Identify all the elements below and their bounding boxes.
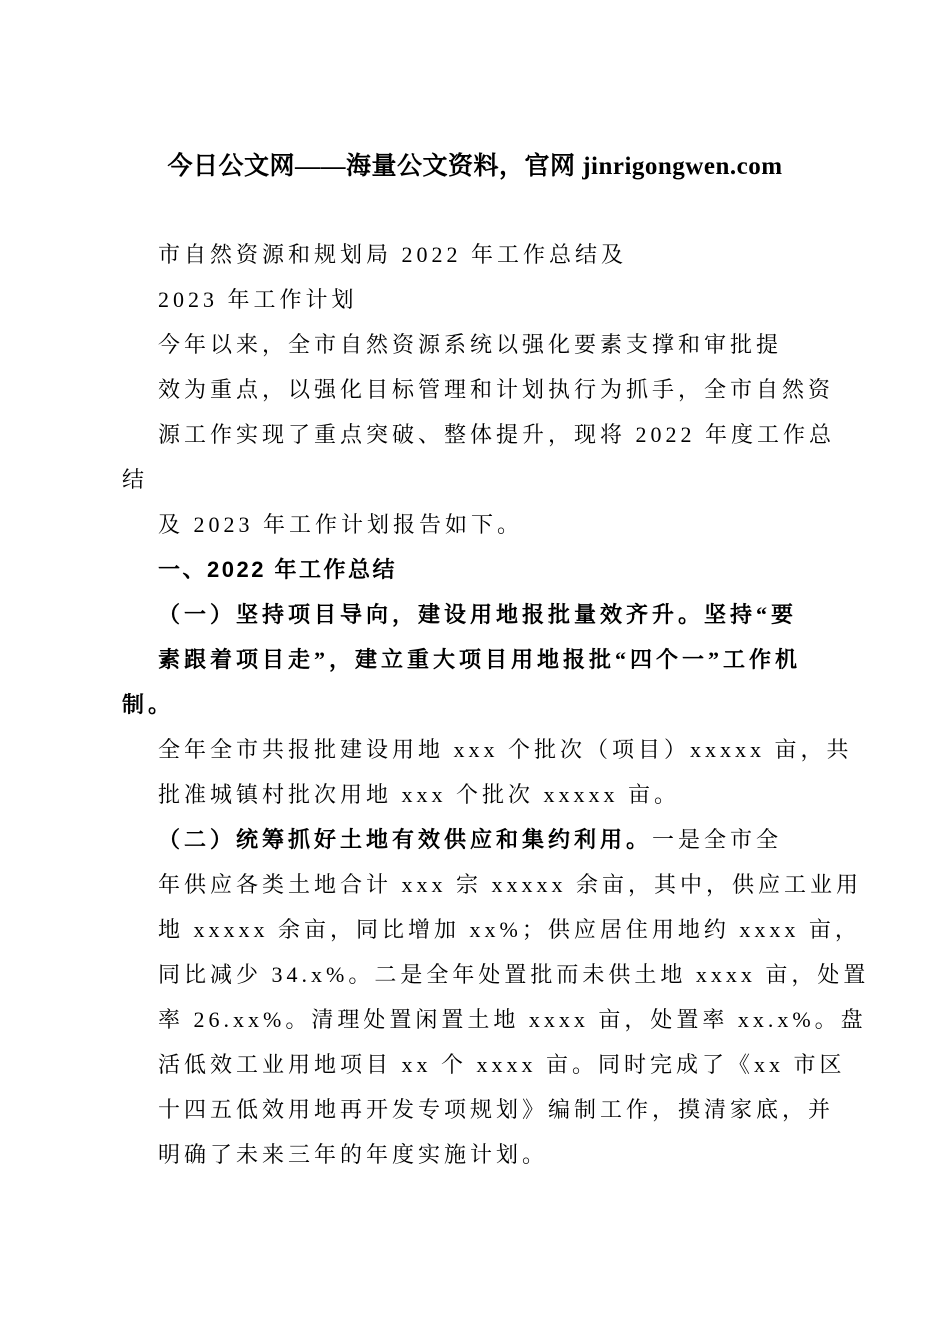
text-line: （二）统筹抓好土地有效供应和集约利用。一是全市全 [122, 817, 862, 862]
text-segment: 源工作实现了重点突破、整体提升，现将 2022 年度工作总 [158, 422, 835, 447]
text-line: 十四五低效用地再开发专项规划》编制工作，摸清家底，并 [122, 1087, 862, 1132]
text-segment: 素跟着项目走”，建立重大项目用地报批“四个一”工作机 [158, 647, 801, 672]
text-line: 2023 年工作计划 [122, 277, 862, 322]
text-line: 率 26.xx%。清理处置闲置土地 xxxx 亩，处置率 xx.x%。盘 [122, 997, 862, 1042]
document-body: 市自然资源和规划局 2022 年工作总结及2023 年工作计划今年以来，全市自然… [122, 232, 862, 1177]
text-segment: （一）坚持项目导向，建设用地报批量效齐升。坚持“要 [158, 602, 797, 627]
text-segment: 一是全市全 [652, 827, 782, 852]
text-line: 全年全市共报批建设用地 xxx 个批次（项目）xxxxx 亩，共 [122, 727, 862, 772]
text-segment: 地 xxxxx 余亩，同比增加 xx%；供应居住用地约 xxxx 亩， [158, 917, 861, 942]
text-segment: 结 [122, 467, 148, 492]
text-segment: 2023 年工作计划 [158, 287, 358, 312]
text-line: 结 [122, 457, 862, 502]
text-line: 市自然资源和规划局 2022 年工作总结及 [122, 232, 862, 277]
text-line: 活低效工业用地项目 xx 个 xxxx 亩。同时完成了《xx 市区 [122, 1042, 862, 1087]
text-segment: 制。 [122, 692, 174, 717]
text-segment: （二）统筹抓好土地有效供应和集约利用。 [158, 827, 652, 852]
text-line: 及 2023 年工作计划报告如下。 [122, 502, 862, 547]
text-line: 制。 [122, 682, 862, 727]
text-line: 效为重点，以强化目标管理和计划执行为抓手，全市自然资 [122, 367, 862, 412]
site-header-title: 今日公文网——海量公文资料，官网 jinrigongwen.com [0, 146, 950, 182]
text-line: （一）坚持项目导向，建设用地报批量效齐升。坚持“要 [122, 592, 862, 637]
text-line: 明确了未来三年的年度实施计划。 [122, 1132, 862, 1177]
text-segment: 市自然资源和规划局 2022 年工作总结及 [158, 242, 627, 267]
text-segment: 今年以来，全市自然资源系统以强化要素支撑和审批提 [158, 332, 782, 357]
section-heading: 一、2022 年工作总结 [122, 547, 862, 592]
text-line: 源工作实现了重点突破、整体提升，现将 2022 年度工作总 [122, 412, 862, 457]
text-segment: 活低效工业用地项目 xx 个 xxxx 亩。同时完成了《xx 市区 [158, 1052, 846, 1077]
text-segment: 批准城镇村批次用地 xxx 个批次 xxxxx 亩。 [158, 782, 680, 807]
text-segment: 同比减少 34.x%。二是全年处置批而未供土地 xxxx 亩，处置 [158, 962, 869, 987]
text-segment: 及 2023 年工作计划报告如下。 [158, 512, 523, 537]
text-segment: 十四五低效用地再开发专项规划》编制工作，摸清家底，并 [158, 1097, 834, 1122]
text-segment: 率 26.xx%。清理处置闲置土地 xxxx 亩，处置率 xx.x%。盘 [158, 1007, 867, 1032]
text-line: 同比减少 34.x%。二是全年处置批而未供土地 xxxx 亩，处置 [122, 952, 862, 997]
text-segment: 一、2022 年工作总结 [158, 557, 397, 582]
text-line: 年供应各类土地合计 xxx 宗 xxxxx 余亩，其中，供应工业用 [122, 862, 862, 907]
document-page: 今日公文网——海量公文资料，官网 jinrigongwen.com 市自然资源和… [0, 0, 950, 1344]
text-segment: 全年全市共报批建设用地 xxx 个批次（项目）xxxxx 亩，共 [158, 737, 853, 762]
text-segment: 年供应各类土地合计 xxx 宗 xxxxx 余亩，其中，供应工业用 [158, 872, 862, 897]
text-line: 素跟着项目走”，建立重大项目用地报批“四个一”工作机 [122, 637, 862, 682]
text-segment: 效为重点，以强化目标管理和计划执行为抓手，全市自然资 [158, 377, 834, 402]
text-segment: 明确了未来三年的年度实施计划。 [158, 1142, 548, 1167]
text-line: 地 xxxxx 余亩，同比增加 xx%；供应居住用地约 xxxx 亩， [122, 907, 862, 952]
text-line: 今年以来，全市自然资源系统以强化要素支撑和审批提 [122, 322, 862, 367]
text-line: 批准城镇村批次用地 xxx 个批次 xxxxx 亩。 [122, 772, 862, 817]
